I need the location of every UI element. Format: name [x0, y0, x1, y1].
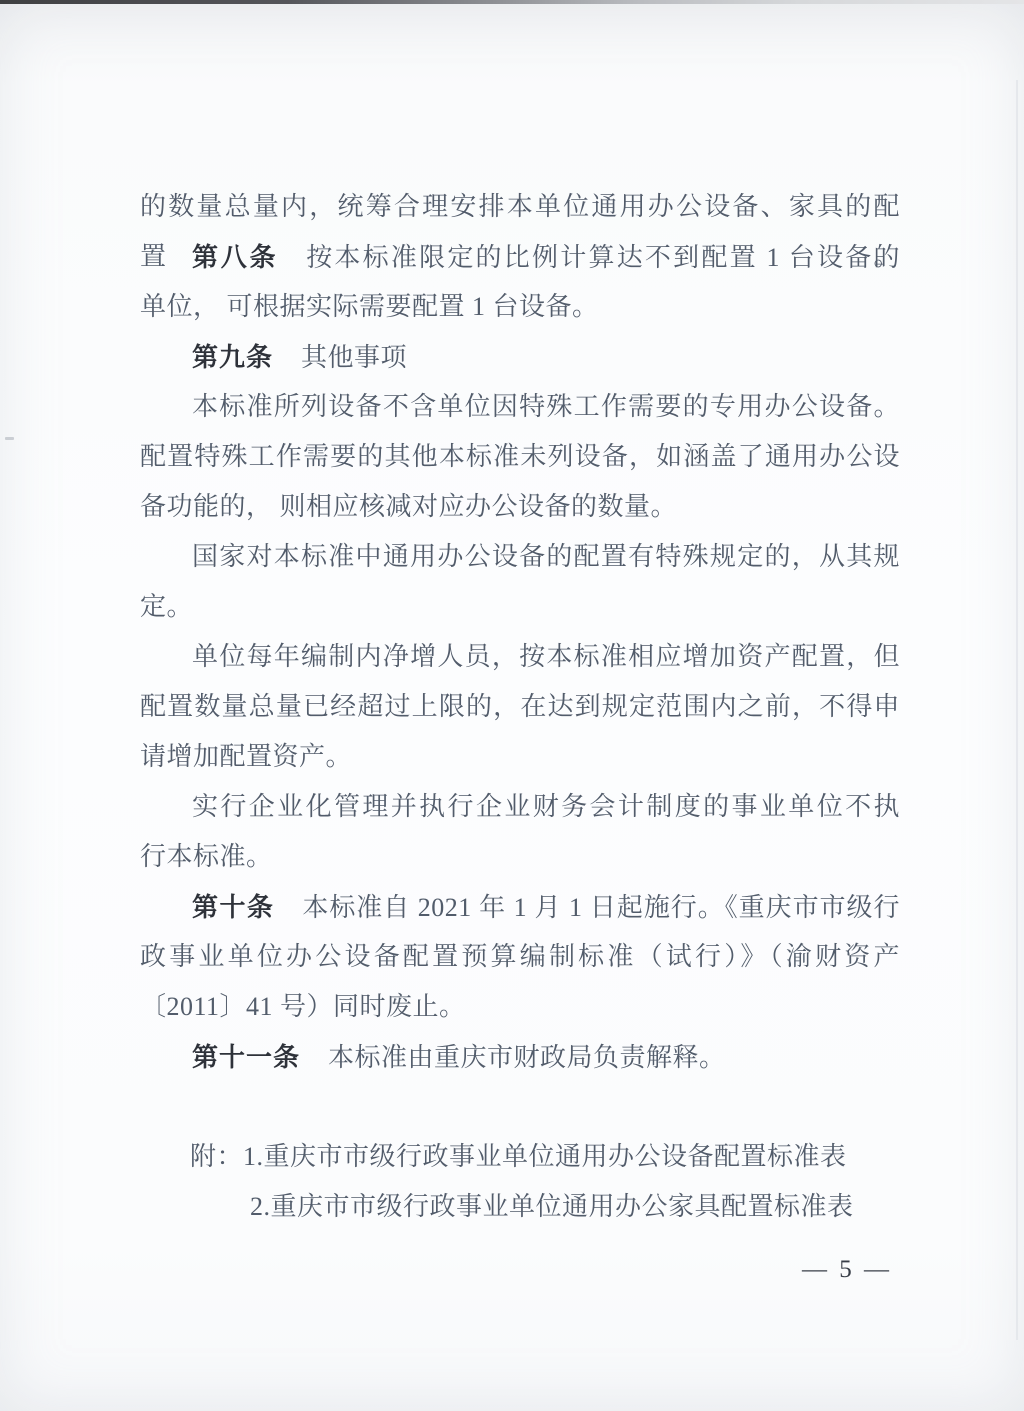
line-text: 备功能的， 则相应核减对应办公设备的数量。 [140, 492, 677, 521]
line-text: 2.重庆市市级行政事业单位通用办公家具配置标准表 [250, 1192, 854, 1221]
line-text: 〔2011〕41 号）同时废止。 [140, 992, 466, 1021]
line-text: 按本标准限定的比例计算达不到配置 1 台设备的 [306, 243, 900, 272]
text-line: 配置数量总量已经超过上限的，在达到规定范围内之前，不得申 [140, 682, 900, 732]
line-text: 附：1.重庆市市级行政事业单位通用办公设备配置标准表 [190, 1142, 847, 1171]
line-text: 政事业单位办公设备配置预算编制标准（试行）》（渝财资产 [140, 942, 900, 971]
text-line-article-9: 第九条其他事项 [140, 332, 900, 382]
text-line-article-8: 第八条按本标准限定的比例计算达不到配置 1 台设备的 [140, 232, 900, 282]
text-line: 单位每年编制内净增人员，按本标准相应增加资产配置，但 [140, 632, 900, 682]
text-line: 备功能的， 则相应核减对应办公设备的数量。 [140, 482, 900, 532]
blank-line [140, 1082, 900, 1132]
scanned-document-page: 的数量总量内，统筹合理安排本单位通用办公设备、家具的配置。 第八条按本标准限定的… [0, 0, 1024, 1411]
line-text: 本标准自 2021 年 1 月 1 日起施行。《重庆市市级行 [302, 893, 900, 922]
text-line: 配置特殊工作需要的其他本标准未列设备，如涵盖了通用办公设 [140, 432, 900, 482]
line-text: 本标准由重庆市财政局负责解释。 [328, 1043, 726, 1072]
text-line: 单位， 可根据实际需要配置 1 台设备。 [140, 282, 900, 332]
line-text: 实行企业化管理并执行企业财务会计制度的事业单位不执 [192, 792, 900, 821]
text-line: 实行企业化管理并执行企业财务会计制度的事业单位不执 [140, 782, 900, 832]
line-text: 国家对本标准中通用办公设备的配置有特殊规定的，从其规 [192, 542, 900, 571]
text-line: 国家对本标准中通用办公设备的配置有特殊规定的，从其规 [140, 532, 900, 582]
article-number-heading: 第十条 [192, 892, 274, 922]
page-number: — 5 — [802, 1246, 892, 1294]
article-number-heading: 第八条 [192, 242, 278, 272]
text-line-article-11: 第十一条本标准由重庆市财政局负责解释。 [140, 1032, 900, 1082]
line-text: 其他事项 [301, 343, 407, 372]
line-text: 单位每年编制内净增人员，按本标准相应增加资产配置，但 [192, 642, 900, 671]
line-text: 配置特殊工作需要的其他本标准未列设备，如涵盖了通用办公设 [140, 442, 900, 471]
text-line: 政事业单位办公设备配置预算编制标准（试行）》（渝财资产 [140, 932, 900, 982]
text-line: 本标准所列设备不含单位因特殊工作需要的专用办公设备。 [140, 382, 900, 432]
text-line: 〔2011〕41 号）同时废止。 [140, 982, 900, 1032]
scan-artifact-right-streak [1016, 80, 1018, 1340]
article-number-heading: 第十一条 [192, 1042, 300, 1072]
line-text: 本标准所列设备不含单位因特殊工作需要的专用办公设备。 [192, 392, 900, 421]
text-line: 的数量总量内，统筹合理安排本单位通用办公设备、家具的配置。 [140, 182, 900, 232]
document-body: 的数量总量内，统筹合理安排本单位通用办公设备、家具的配置。 第八条按本标准限定的… [140, 182, 900, 1232]
text-line-attachment-1: 附：1.重庆市市级行政事业单位通用办公设备配置标准表 [140, 1132, 900, 1182]
line-text: 行本标准。 [140, 842, 273, 871]
line-text: 请增加配置资产。 [140, 742, 352, 771]
line-text: 单位， 可根据实际需要配置 1 台设备。 [140, 292, 599, 321]
text-line: 行本标准。 [140, 832, 900, 882]
scan-artifact-speck [5, 437, 14, 440]
line-text: 定。 [140, 592, 193, 621]
text-line: 请增加配置资产。 [140, 732, 900, 782]
text-line-article-10: 第十条本标准自 2021 年 1 月 1 日起施行。《重庆市市级行 [140, 882, 900, 932]
line-text: 配置数量总量已经超过上限的，在达到规定范围内之前，不得申 [140, 692, 900, 721]
text-line-attachment-2: 2.重庆市市级行政事业单位通用办公家具配置标准表 [140, 1182, 900, 1232]
scan-artifact-top-edge [0, 0, 1024, 4]
article-number-heading: 第九条 [192, 342, 273, 372]
text-line: 定。 [140, 582, 900, 632]
